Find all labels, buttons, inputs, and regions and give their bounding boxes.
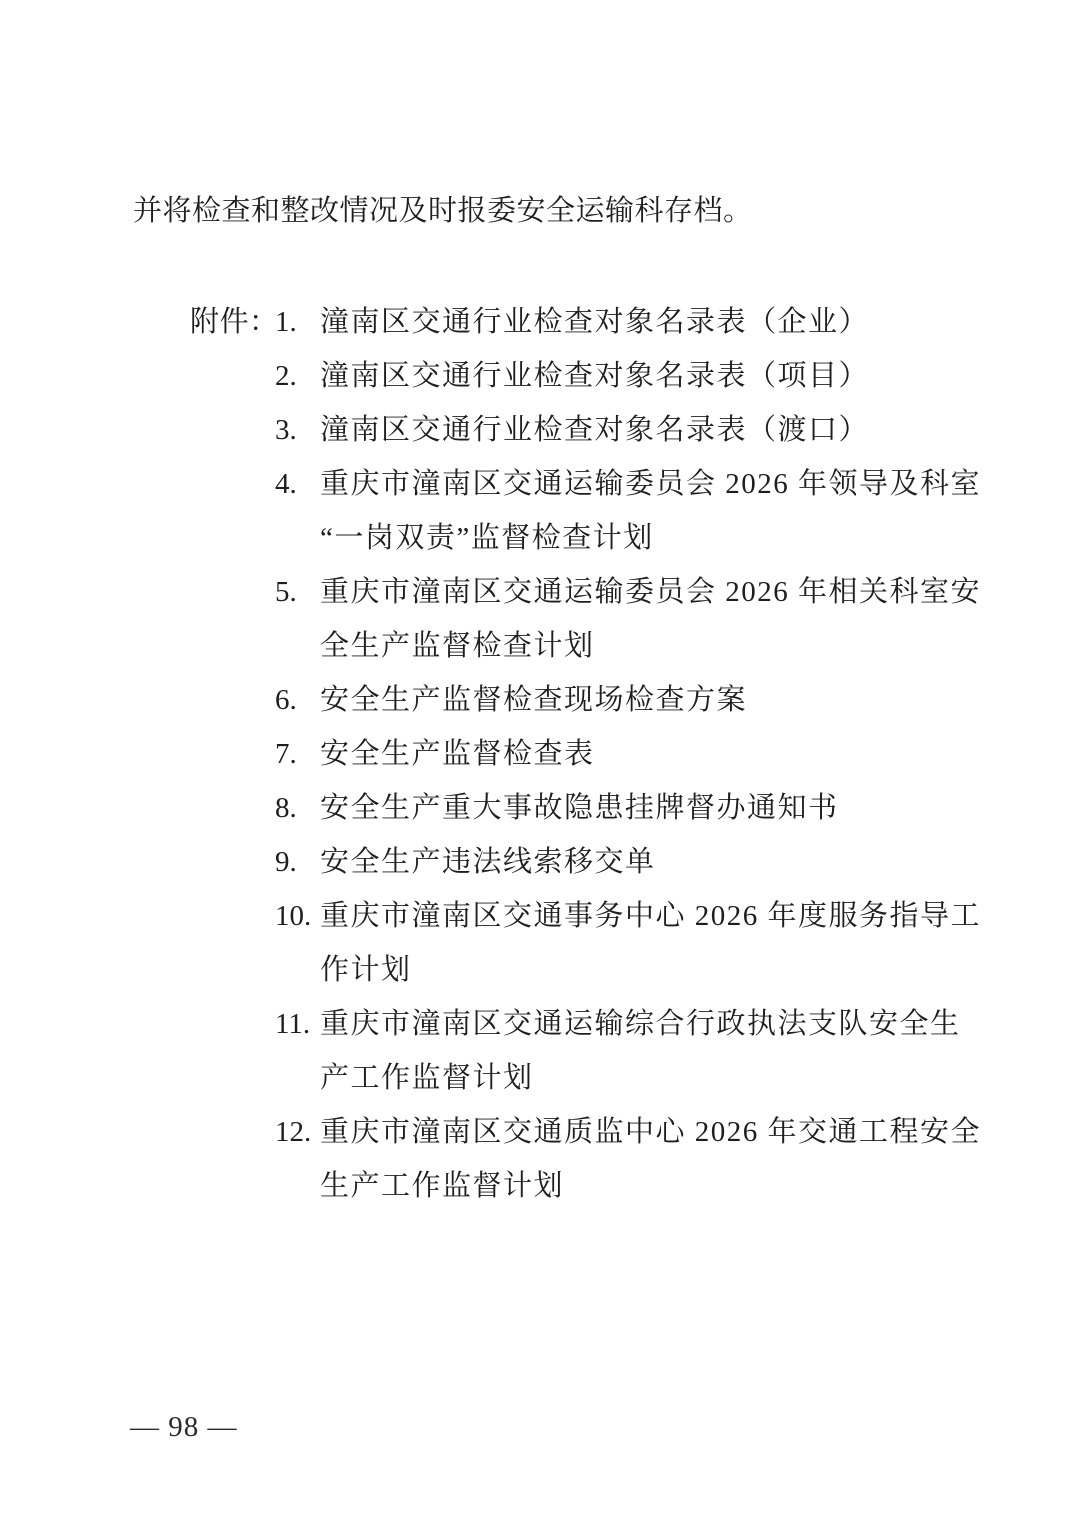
- attachment-lines: 重庆市潼南区交通质监中心 2026 年交通工程安全生产工作监督计划: [320, 1105, 1074, 1213]
- attachment-lines: 安全生产监督检查现场检查方案: [320, 673, 1074, 727]
- attachment-line: 重庆市潼南区交通事务中心 2026 年度服务指导工: [320, 889, 1074, 943]
- attachment-lines: 重庆市潼南区交通事务中心 2026 年度服务指导工作计划: [320, 889, 1074, 997]
- attachment-item: 11. 重庆市潼南区交通运输综合行政执法支队安全生产工作监督计划: [275, 997, 1074, 1105]
- attachment-line: 重庆市潼南区交通运输综合行政执法支队安全生: [320, 997, 1074, 1051]
- attachment-number: 4.: [275, 457, 297, 511]
- attachment-item: 10. 重庆市潼南区交通事务中心 2026 年度服务指导工作计划: [275, 889, 1074, 997]
- attachments-section: 附件： 1. 潼南区交通行业检查对象名录表（企业） 2. 潼南区交通行业检查对象…: [0, 295, 1074, 1213]
- attachment-line: 重庆市潼南区交通运输委员会 2026 年领导及科室: [320, 457, 1074, 511]
- attachment-line: “一岗双责”监督检查计划: [320, 511, 1074, 565]
- attachment-line: 全生产监督检查计划: [320, 619, 1074, 673]
- attachment-line: 产工作监督计划: [320, 1051, 1074, 1105]
- attachment-lines: 重庆市潼南区交通运输综合行政执法支队安全生产工作监督计划: [320, 997, 1074, 1105]
- body-paragraph: 并将检查和整改情况及时报委安全运输科存档。: [133, 184, 1074, 238]
- attachment-number: 9.: [275, 835, 297, 889]
- page-number: — 98 —: [130, 1400, 238, 1454]
- attachment-line: 安全生产监督检查现场检查方案: [320, 673, 1074, 727]
- attachment-list: 1. 潼南区交通行业检查对象名录表（企业） 2. 潼南区交通行业检查对象名录表（…: [275, 295, 1074, 1213]
- attachment-line: 安全生产监督检查表: [320, 727, 1074, 781]
- attachment-line: 安全生产违法线索移交单: [320, 835, 1074, 889]
- attachment-number: 7.: [275, 727, 297, 781]
- attachment-line: 作计划: [320, 943, 1074, 997]
- attachment-number: 8.: [275, 781, 297, 835]
- attachment-number: 10.: [275, 889, 311, 943]
- attachment-item: 3. 潼南区交通行业检查对象名录表（渡口）: [275, 403, 1074, 457]
- attachment-item: 2. 潼南区交通行业检查对象名录表（项目）: [275, 349, 1074, 403]
- attachment-number: 5.: [275, 565, 297, 619]
- attachment-item: 5. 重庆市潼南区交通运输委员会 2026 年相关科室安全生产监督检查计划: [275, 565, 1074, 673]
- attachment-line: 生产工作监督计划: [320, 1159, 1074, 1213]
- attachment-number: 11.: [275, 997, 310, 1051]
- attachment-item: 4. 重庆市潼南区交通运输委员会 2026 年领导及科室“一岗双责”监督检查计划: [275, 457, 1074, 565]
- attachment-number: 3.: [275, 403, 297, 457]
- attachment-number: 6.: [275, 673, 297, 727]
- attachment-line: 潼南区交通行业检查对象名录表（渡口）: [320, 403, 1074, 457]
- attachment-item: 6. 安全生产监督检查现场检查方案: [275, 673, 1074, 727]
- attachment-lines: 安全生产违法线索移交单: [320, 835, 1074, 889]
- attachment-item: 8. 安全生产重大事故隐患挂牌督办通知书: [275, 781, 1074, 835]
- attachment-lines: 潼南区交通行业检查对象名录表（渡口）: [320, 403, 1074, 457]
- attachment-line: 重庆市潼南区交通运输委员会 2026 年相关科室安: [320, 565, 1074, 619]
- attachment-number: 1.: [275, 295, 297, 349]
- attachment-line: 重庆市潼南区交通质监中心 2026 年交通工程安全: [320, 1105, 1074, 1159]
- attachment-lines: 安全生产监督检查表: [320, 727, 1074, 781]
- attachment-line: 潼南区交通行业检查对象名录表（企业）: [320, 295, 1074, 349]
- attachment-item: 12. 重庆市潼南区交通质监中心 2026 年交通工程安全生产工作监督计划: [275, 1105, 1074, 1213]
- attachment-item: 9. 安全生产违法线索移交单: [275, 835, 1074, 889]
- attachments-label: 附件：: [190, 295, 279, 349]
- attachment-line: 潼南区交通行业检查对象名录表（项目）: [320, 349, 1074, 403]
- attachment-lines: 重庆市潼南区交通运输委员会 2026 年领导及科室“一岗双责”监督检查计划: [320, 457, 1074, 565]
- attachment-item: 1. 潼南区交通行业检查对象名录表（企业）: [275, 295, 1074, 349]
- attachment-lines: 重庆市潼南区交通运输委员会 2026 年相关科室安全生产监督检查计划: [320, 565, 1074, 673]
- attachment-item: 7. 安全生产监督检查表: [275, 727, 1074, 781]
- document-page: 并将检查和整改情况及时报委安全运输科存档。 附件： 1. 潼南区交通行业检查对象…: [0, 0, 1074, 1520]
- attachment-lines: 安全生产重大事故隐患挂牌督办通知书: [320, 781, 1074, 835]
- attachment-lines: 潼南区交通行业检查对象名录表（项目）: [320, 349, 1074, 403]
- attachment-number: 12.: [275, 1105, 311, 1159]
- attachment-lines: 潼南区交通行业检查对象名录表（企业）: [320, 295, 1074, 349]
- attachment-line: 安全生产重大事故隐患挂牌督办通知书: [320, 781, 1074, 835]
- attachment-number: 2.: [275, 349, 297, 403]
